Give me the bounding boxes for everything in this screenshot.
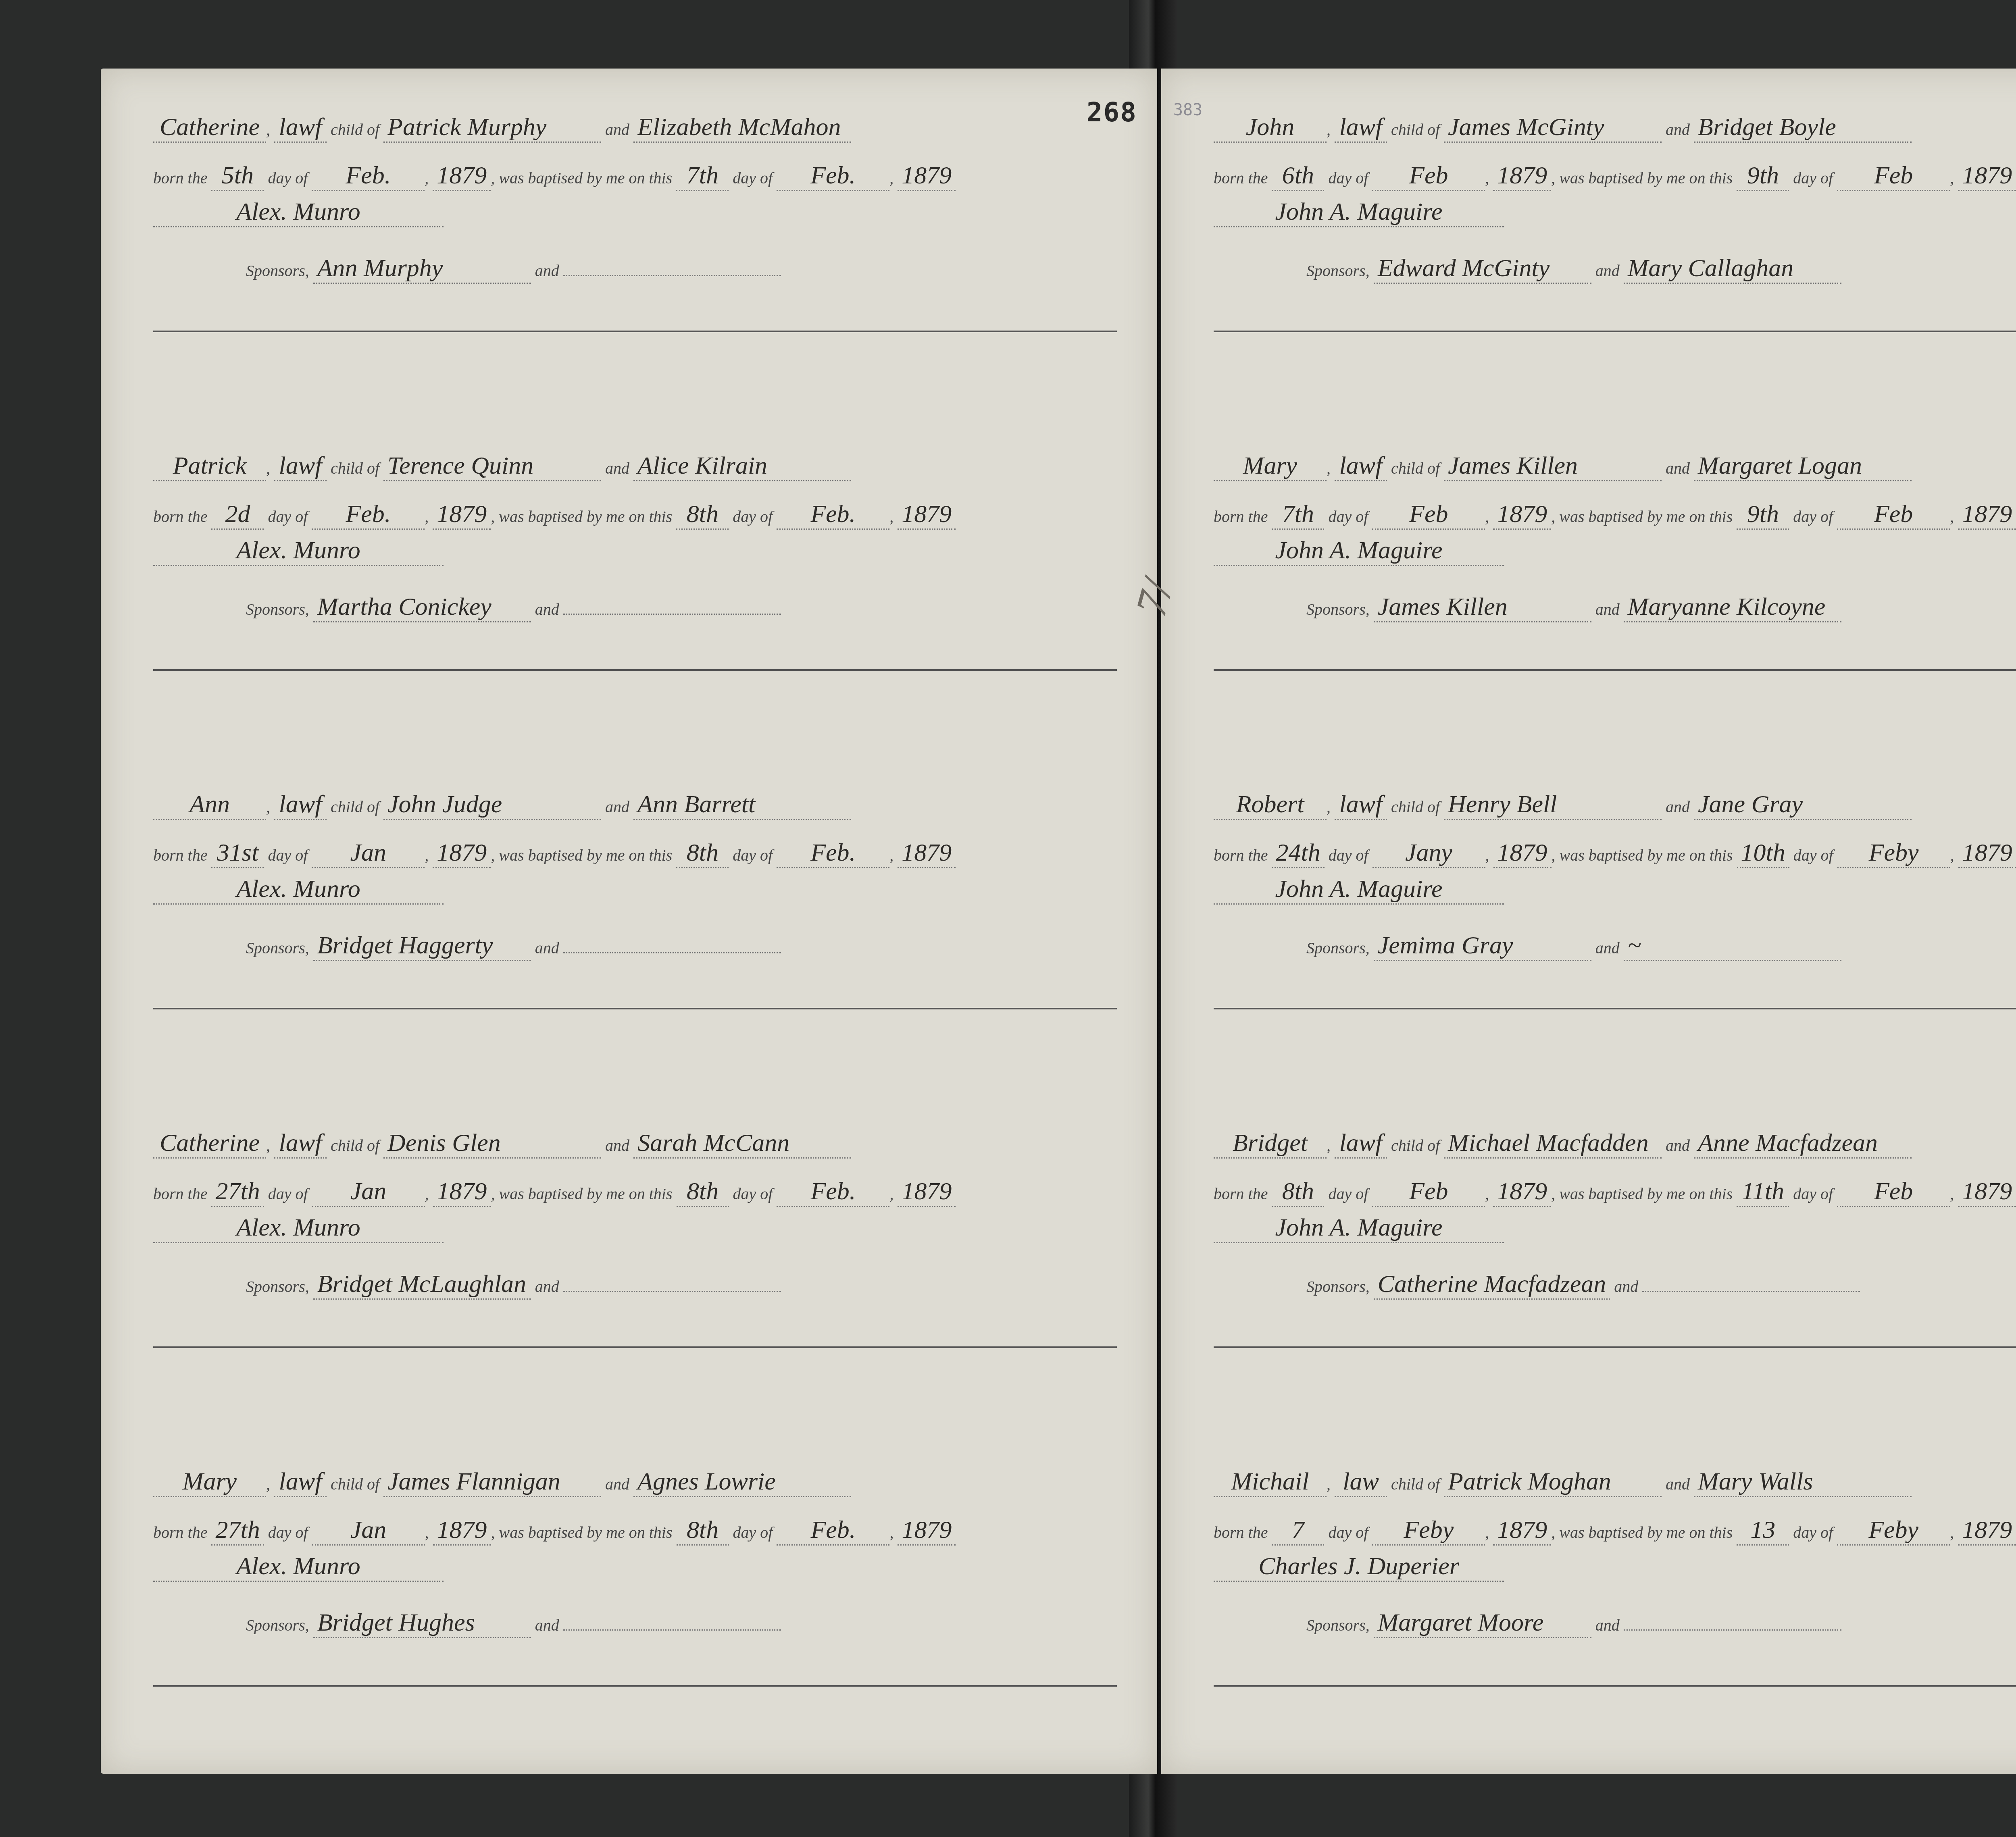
label-and: and xyxy=(1666,1475,1690,1493)
label-sponsors: Sponsors, xyxy=(1306,1616,1370,1634)
baptism-year: 1879 xyxy=(898,1516,956,1546)
label-day-of: day of xyxy=(733,508,773,526)
priest-signature-line: Alex. Munro xyxy=(153,875,1117,905)
birth-month: Jan xyxy=(312,838,425,868)
priest-signature: Alex. Munro xyxy=(153,1213,444,1243)
label-sponsors: Sponsors, xyxy=(246,939,309,957)
baptism-entry: Robert, lawf child of Henry Bell and Jan… xyxy=(1214,790,2016,1145)
label-and: and xyxy=(1595,600,1620,618)
child-name: Bridget xyxy=(1214,1129,1327,1159)
baptism-month: Feby xyxy=(1837,838,1950,868)
label-day-of: day of xyxy=(733,1523,773,1542)
sponsor-1: Edward McGinty xyxy=(1374,254,1591,284)
entry-parents-line: Mary, lawf child of James Killen and Mar… xyxy=(1214,451,2016,481)
entry-dates-line: born the 27th day of Jan, 1879, was bapt… xyxy=(153,1516,1117,1546)
entry-parents-line: Catherine, lawf child of Patrick Murphy … xyxy=(153,113,1117,143)
label-child-of: child of xyxy=(1391,1136,1440,1155)
birth-month: Jan xyxy=(312,1177,425,1207)
priest-signature-line: John A. Maguire xyxy=(1214,1213,2016,1243)
child-name: Robert xyxy=(1214,790,1327,820)
label-day-of: day of xyxy=(1793,1185,1833,1203)
entry-dates-line: born the 5th day of Feb., 1879, was bapt… xyxy=(153,161,1117,191)
birth-year: 1879 xyxy=(1493,1516,1551,1546)
birth-month: Feb xyxy=(1372,161,1485,191)
birth-day: 5th xyxy=(211,161,264,191)
label-born-the: born the xyxy=(153,1523,207,1542)
label-and: and xyxy=(605,798,629,816)
baptism-month: Feb. xyxy=(777,1177,889,1207)
sponsor-2: Maryanne Kilcoyne xyxy=(1624,593,1841,622)
label-sponsors: Sponsors, xyxy=(1306,262,1370,280)
entry-divider xyxy=(153,1685,1117,1687)
entry-parents-line: Robert, lawf child of Henry Bell and Jan… xyxy=(1214,790,2016,820)
priest-signature: John A. Maguire xyxy=(1214,1213,1504,1243)
label-and: and xyxy=(1666,121,1690,139)
baptism-day: 8th xyxy=(677,1516,729,1546)
birth-day: 24th xyxy=(1272,838,1324,868)
entry-parents-line: Catherine, lawf child of Denis Glen and … xyxy=(153,1129,1117,1159)
birth-day: 8th xyxy=(1272,1177,1324,1207)
birth-year: 1879 xyxy=(433,1516,491,1546)
baptism-entry: Catherine, lawf child of Patrick Murphy … xyxy=(153,113,1117,468)
mother-name: Bridget Boyle xyxy=(1694,113,1912,143)
baptism-day: 11th xyxy=(1737,1177,1789,1207)
label-and: and xyxy=(1595,262,1620,280)
legitimacy: lawf xyxy=(274,1129,327,1159)
sponsors-line: Sponsors, Edward McGinty and Mary Callag… xyxy=(1306,254,2016,284)
entry-parents-line: Michail, law child of Patrick Moghan and… xyxy=(1214,1467,2016,1497)
legitimacy: lawf xyxy=(274,790,327,820)
birth-day: 2d xyxy=(211,500,264,530)
label-child-of: child of xyxy=(331,1136,379,1155)
entry-parents-line: Patrick, lawf child of Terence Quinn and… xyxy=(153,451,1117,481)
label-and: and xyxy=(535,262,559,280)
entry-dates-line: born the 8th day of Feb, 1879, was bapti… xyxy=(1214,1177,2016,1207)
priest-signature-line: John A. Maguire xyxy=(1214,198,2016,227)
entry-parents-line: Ann, lawf child of John Judge and Ann Ba… xyxy=(153,790,1117,820)
birth-year: 1879 xyxy=(433,500,491,530)
sponsor-2 xyxy=(563,614,781,615)
legitimacy: lawf xyxy=(274,1467,327,1497)
label-baptised: was baptised by me on this xyxy=(1559,1523,1733,1542)
baptism-month: Feb xyxy=(1837,161,1950,191)
left-page: 268 Catherine, lawf child of Patrick Mur… xyxy=(101,69,1157,1774)
child-name: Catherine xyxy=(153,1129,266,1159)
mother-name: Alice Kilrain xyxy=(633,451,851,481)
birth-day: 31st xyxy=(211,838,264,868)
baptism-entry: John, lawf child of James McGinty and Br… xyxy=(1214,113,2016,468)
entry-divider xyxy=(1214,1008,2016,1009)
sponsor-2: Mary Callaghan xyxy=(1624,254,1841,284)
baptism-year: 1879 xyxy=(1958,161,2016,191)
sponsor-1: Martha Conickey xyxy=(313,593,531,622)
legitimacy: lawf xyxy=(1335,451,1387,481)
baptism-month: Feb xyxy=(1837,1177,1950,1207)
father-name: James Killen xyxy=(1444,451,1662,481)
label-sponsors: Sponsors, xyxy=(246,1277,309,1296)
child-name: Mary xyxy=(1214,451,1327,481)
baptism-day: 8th xyxy=(676,838,729,868)
entry-divider xyxy=(1214,1346,2016,1348)
child-name: Mary xyxy=(153,1467,266,1497)
baptism-day: 8th xyxy=(677,1177,729,1207)
label-and: and xyxy=(535,600,559,618)
birth-year: 1879 xyxy=(1493,838,1552,868)
sponsor-1: Jemima Gray xyxy=(1374,931,1591,961)
priest-signature: John A. Maguire xyxy=(1214,198,1504,227)
entry-dates-line: born the 7th day of Feb, 1879, was bapti… xyxy=(1214,500,2016,530)
entry-divider xyxy=(153,1346,1117,1348)
father-name: Terence Quinn xyxy=(383,451,601,481)
mother-name: Anne Macfadzean xyxy=(1694,1129,1912,1159)
priest-signature: Charles J. Duperier xyxy=(1214,1552,1504,1582)
father-name: Henry Bell xyxy=(1444,790,1662,820)
entry-divider xyxy=(1214,669,2016,671)
father-name: Denis Glen xyxy=(383,1129,601,1159)
birth-day: 7 xyxy=(1272,1516,1324,1546)
sponsor-2 xyxy=(563,275,781,276)
label-and: and xyxy=(605,459,629,477)
label-day-of: day of xyxy=(1328,169,1368,187)
sponsors-line: Sponsors, James Killen and Maryanne Kilc… xyxy=(1306,593,2016,622)
label-sponsors: Sponsors, xyxy=(246,1616,309,1634)
label-born-the: born the xyxy=(153,169,207,187)
baptism-month: Feb. xyxy=(777,838,889,868)
sponsor-1: James Killen xyxy=(1374,593,1591,622)
mother-name: Jane Gray xyxy=(1694,790,1912,820)
priest-signature-line: Alex. Munro xyxy=(153,198,1117,227)
baptism-year: 1879 xyxy=(898,1177,956,1207)
entry-divider xyxy=(1214,1685,2016,1687)
label-and: and xyxy=(535,939,559,957)
mother-name: Sarah McCann xyxy=(633,1129,851,1159)
label-child-of: child of xyxy=(331,798,379,816)
entry-divider xyxy=(1214,331,2016,332)
label-child-of: child of xyxy=(331,121,379,139)
baptism-year: 1879 xyxy=(1958,838,2016,868)
label-born-the: born the xyxy=(1214,1185,1268,1203)
label-and: and xyxy=(605,1136,629,1155)
priest-signature-line: Alex. Munro xyxy=(153,1213,1117,1243)
priest-signature-line: John A. Maguire xyxy=(1214,536,2016,566)
child-name: Michail xyxy=(1214,1467,1327,1497)
mother-name: Agnes Lowrie xyxy=(633,1467,851,1497)
label-and: and xyxy=(605,121,629,139)
baptism-year: 1879 xyxy=(1958,500,2016,530)
father-name: Patrick Murphy xyxy=(383,113,601,143)
birth-month: Jany xyxy=(1372,838,1485,868)
entry-parents-line: Bridget, lawf child of Michael Macfadden… xyxy=(1214,1129,2016,1159)
label-baptised: was baptised by me on this xyxy=(499,1523,673,1542)
baptism-day: 9th xyxy=(1737,161,1789,191)
birth-year: 1879 xyxy=(1493,1177,1551,1207)
label-baptised: was baptised by me on this xyxy=(1560,846,1733,864)
birth-day: 6th xyxy=(1272,161,1324,191)
birth-year: 1879 xyxy=(1493,161,1551,191)
baptism-year: 1879 xyxy=(898,161,956,191)
baptism-day: 10th xyxy=(1737,838,1789,868)
label-sponsors: Sponsors, xyxy=(1306,600,1370,618)
priest-signature: Alex. Munro xyxy=(153,1552,444,1582)
baptism-year: 1879 xyxy=(1958,1516,2016,1546)
baptism-month: Feb. xyxy=(777,161,889,191)
legitimacy: lawf xyxy=(274,451,327,481)
sponsors-line: Sponsors, Catherine Macfadzean and xyxy=(1306,1270,2016,1300)
label-day-of: day of xyxy=(1328,508,1368,526)
label-day-of: day of xyxy=(733,169,773,187)
priest-signature-line: Alex. Munro xyxy=(153,1552,1117,1582)
label-child-of: child of xyxy=(1391,459,1440,477)
baptism-year: 1879 xyxy=(898,838,956,868)
baptism-entry: Catherine, lawf child of Denis Glen and … xyxy=(153,1129,1117,1483)
birth-month: Feb xyxy=(1372,1177,1485,1207)
label-child-of: child of xyxy=(1391,798,1440,816)
legitimacy: lawf xyxy=(1335,113,1387,143)
priest-signature: Alex. Munro xyxy=(153,536,444,566)
father-name: Patrick Moghan xyxy=(1444,1467,1662,1497)
label-day-of: day of xyxy=(1793,508,1833,526)
entry-dates-line: born the 27th day of Jan, 1879, was bapt… xyxy=(153,1177,1117,1207)
sponsor-2 xyxy=(563,1291,781,1292)
label-day-of: day of xyxy=(1328,1185,1368,1203)
baptism-month: Feb. xyxy=(777,1516,889,1546)
label-sponsors: Sponsors, xyxy=(1306,1277,1370,1296)
label-child-of: child of xyxy=(331,459,379,477)
right-page: 383 269 7/ John, lawf child of James McG… xyxy=(1161,69,2016,1774)
legitimacy: lawf xyxy=(274,113,327,143)
label-and: and xyxy=(535,1277,559,1296)
sponsors-line: Sponsors, Bridget Haggerty and xyxy=(246,931,1117,961)
label-day-of: day of xyxy=(268,508,308,526)
sponsor-1: Margaret Moore xyxy=(1374,1608,1591,1638)
label-born-the: born the xyxy=(1214,1523,1268,1542)
baptism-month: Feby xyxy=(1837,1516,1950,1546)
label-born-the: born the xyxy=(153,508,207,526)
label-baptised: was baptised by me on this xyxy=(499,846,672,864)
legitimacy: lawf xyxy=(1335,1129,1387,1159)
birth-month: Feb. xyxy=(312,500,425,530)
birth-month: Feb. xyxy=(312,161,425,191)
label-and: and xyxy=(1666,798,1690,816)
entry-dates-line: born the 6th day of Feb, 1879, was bapti… xyxy=(1214,161,2016,191)
label-and: and xyxy=(1666,1136,1690,1155)
label-born-the: born the xyxy=(1214,846,1268,864)
sponsor-1: Bridget Haggerty xyxy=(313,931,531,961)
baptism-entry: Patrick, lawf child of Terence Quinn and… xyxy=(153,451,1117,806)
priest-signature: Alex. Munro xyxy=(153,198,444,227)
baptism-year: 1879 xyxy=(898,500,956,530)
label-baptised: was baptised by me on this xyxy=(499,1185,673,1203)
label-child-of: child of xyxy=(331,1475,379,1493)
label-day-of: day of xyxy=(733,1185,773,1203)
birth-year: 1879 xyxy=(433,1177,491,1207)
label-and: and xyxy=(1666,459,1690,477)
label-day-of: day of xyxy=(1329,846,1368,864)
entry-divider xyxy=(153,1008,1117,1009)
father-name: James McGinty xyxy=(1444,113,1662,143)
sponsors-line: Sponsors, Ann Murphy and xyxy=(246,254,1117,284)
entry-divider xyxy=(153,331,1117,332)
birth-month: Jan xyxy=(312,1516,425,1546)
entry-dates-line: born the 24th day of Jany, 1879, was bap… xyxy=(1214,838,2016,868)
entry-divider xyxy=(153,669,1117,671)
mother-name: Ann Barrett xyxy=(633,790,851,820)
label-baptised: was baptised by me on this xyxy=(1559,508,1733,526)
birth-year: 1879 xyxy=(433,838,491,868)
child-name: Catherine xyxy=(153,113,266,143)
baptism-month: Feb xyxy=(1837,500,1950,530)
label-day-of: day of xyxy=(1793,169,1833,187)
mother-name: Elizabeth McMahon xyxy=(633,113,851,143)
mother-name: Margaret Logan xyxy=(1694,451,1912,481)
entry-dates-line: born the 2d day of Feb., 1879, was bapti… xyxy=(153,500,1117,530)
priest-signature: John A. Maguire xyxy=(1214,536,1504,566)
label-born-the: born the xyxy=(1214,508,1268,526)
sponsor-1: Bridget McLaughlan xyxy=(313,1270,531,1300)
label-sponsors: Sponsors, xyxy=(246,600,309,618)
label-day-of: day of xyxy=(1793,1523,1833,1542)
birth-month: Feb xyxy=(1372,500,1485,530)
baptism-day: 13 xyxy=(1737,1516,1789,1546)
label-and: and xyxy=(1595,1616,1620,1634)
legitimacy: lawf xyxy=(1335,790,1387,820)
label-day-of: day of xyxy=(268,169,308,187)
label-and: and xyxy=(1595,939,1620,957)
entry-dates-line: born the 7 day of Feby, 1879, was baptis… xyxy=(1214,1516,2016,1546)
baptism-entry: Michail, law child of Patrick Moghan and… xyxy=(1214,1467,2016,1822)
birth-year: 1879 xyxy=(433,161,491,191)
entry-parents-line: John, lawf child of James McGinty and Br… xyxy=(1214,113,2016,143)
birth-month: Feby xyxy=(1372,1516,1485,1546)
label-born-the: born the xyxy=(1214,169,1268,187)
label-day-of: day of xyxy=(268,1185,308,1203)
marginal-stamp: 383 xyxy=(1173,101,1202,119)
label-and: and xyxy=(1614,1277,1638,1296)
entry-dates-line: born the 31st day of Jan, 1879, was bapt… xyxy=(153,838,1117,868)
birth-year: 1879 xyxy=(1493,500,1551,530)
priest-signature: Alex. Munro xyxy=(153,875,444,905)
sponsor-1: Ann Murphy xyxy=(313,254,531,284)
priest-signature-line: John A. Maguire xyxy=(1214,875,2016,905)
label-sponsors: Sponsors, xyxy=(1306,939,1370,957)
birth-day: 27th xyxy=(211,1177,264,1207)
birth-day: 27th xyxy=(211,1516,264,1546)
sponsor-2 xyxy=(563,1629,781,1631)
label-baptised: was baptised by me on this xyxy=(1559,169,1733,187)
priest-signature: John A. Maguire xyxy=(1214,875,1504,905)
label-baptised: was baptised by me on this xyxy=(499,508,672,526)
label-day-of: day of xyxy=(733,846,773,864)
baptism-day: 8th xyxy=(676,500,729,530)
birth-day: 7th xyxy=(1272,500,1324,530)
sponsors-line: Sponsors, Martha Conickey and xyxy=(246,593,1117,622)
mother-name: Mary Walls xyxy=(1694,1467,1912,1497)
father-name: Michael Macfadden xyxy=(1444,1129,1662,1159)
baptism-year: 1879 xyxy=(1958,1177,2016,1207)
baptism-month: Feb. xyxy=(777,500,889,530)
label-day-of: day of xyxy=(1328,1523,1368,1542)
child-name: Patrick xyxy=(153,451,266,481)
label-baptised: was baptised by me on this xyxy=(1559,1185,1733,1203)
label-and: and xyxy=(605,1475,629,1493)
label-day-of: day of xyxy=(1793,846,1833,864)
father-name: John Judge xyxy=(383,790,601,820)
baptism-entry: Mary, lawf child of James Killen and Mar… xyxy=(1214,451,2016,806)
sponsors-line: Sponsors, Jemima Gray and ~ xyxy=(1306,931,2016,961)
sponsor-2 xyxy=(1624,1629,1841,1631)
baptism-entry: Ann, lawf child of John Judge and Ann Ba… xyxy=(153,790,1117,1145)
sponsors-line: Sponsors, Bridget McLaughlan and xyxy=(246,1270,1117,1300)
label-and: and xyxy=(535,1616,559,1634)
label-born-the: born the xyxy=(153,1185,207,1203)
baptism-entry: Bridget, lawf child of Michael Macfadden… xyxy=(1214,1129,2016,1483)
label-day-of: day of xyxy=(268,846,308,864)
label-child-of: child of xyxy=(1391,121,1440,139)
baptism-day: 9th xyxy=(1737,500,1789,530)
sponsors-line: Sponsors, Bridget Hughes and xyxy=(246,1608,1117,1638)
sponsor-2: ~ xyxy=(1624,931,1841,961)
sponsor-1: Catherine Macfadzean xyxy=(1374,1270,1610,1300)
legitimacy: law xyxy=(1335,1467,1387,1497)
label-day-of: day of xyxy=(268,1523,308,1542)
label-born-the: born the xyxy=(153,846,207,864)
sponsor-1: Bridget Hughes xyxy=(313,1608,531,1638)
sponsor-2 xyxy=(1642,1291,1860,1292)
child-name: Ann xyxy=(153,790,266,820)
priest-signature-line: Charles J. Duperier xyxy=(1214,1552,2016,1582)
baptism-day: 7th xyxy=(676,161,729,191)
label-sponsors: Sponsors, xyxy=(246,262,309,280)
sponsors-line: Sponsors, Margaret Moore and xyxy=(1306,1608,2016,1638)
priest-signature-line: Alex. Munro xyxy=(153,536,1117,566)
label-child-of: child of xyxy=(1391,1475,1440,1493)
sponsor-2 xyxy=(563,952,781,953)
label-baptised: was baptised by me on this xyxy=(499,169,672,187)
entry-parents-line: Mary, lawf child of James Flannigan and … xyxy=(153,1467,1117,1497)
child-name: John xyxy=(1214,113,1327,143)
father-name: James Flannigan xyxy=(383,1467,601,1497)
baptism-entry: Mary, lawf child of James Flannigan and … xyxy=(153,1467,1117,1822)
